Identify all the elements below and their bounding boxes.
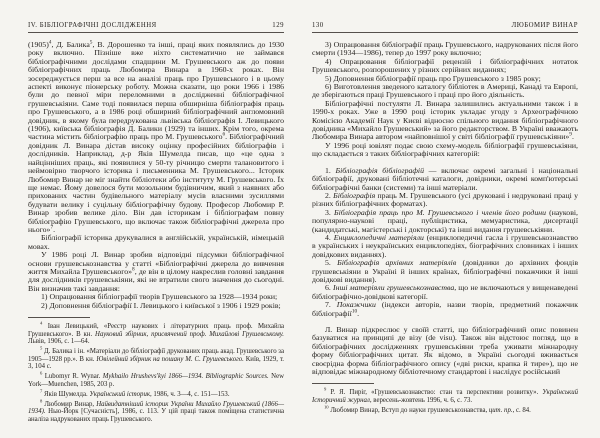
paragraph: 3. Бібліографія праць про М. Грушевськог…: [312, 209, 578, 234]
text-run: 3) Опрацювання бібліографії праць Грушев…: [312, 40, 578, 57]
text-run: цит. пр.: [489, 407, 513, 414]
text-run: Науковий збірник, присвячений проф. Миха…: [95, 331, 284, 338]
text-run: .: [357, 309, 359, 318]
text-run: Mykhailo Hrushevs'kyi 1866—1934. Bibliog…: [103, 373, 269, 380]
text-run: У 1996 році ювілят подає свою схему-моде…: [312, 141, 578, 158]
text-run: Любомир Винар, Вступ до науки грушевсько…: [330, 407, 489, 414]
footnote-separator: [28, 317, 90, 318]
footnote: 4 Іван Левицький, «Реєстр наукових і літ…: [28, 323, 284, 346]
text-run: Український історик: [89, 391, 150, 398]
footnote-number: 7: [40, 388, 42, 393]
text-run: , вересень-жовтень 1996, ч. 6, с. 73.: [370, 397, 472, 404]
page-left: IV. БІБЛІОГРАФІЧНІ ДОСЛІДЖЕННЯ 129 (1905…: [28, 22, 284, 423]
text-run: . Бібліографічний довідник Л. Винара діс…: [28, 132, 284, 233]
right-page-body: 3) Опрацювання бібліографії праць Грушев…: [312, 41, 578, 376]
footnote: 5 Д. Балика і ін. «Матеріали до бібліогр…: [28, 348, 284, 371]
paragraph: 7. Покажчики (індекси авторів, назви тво…: [312, 301, 578, 318]
text-run: Ювілейний збірник на пошану М. С. Грушев…: [96, 356, 244, 363]
text-run: 4) Опрацювання бібліографії рецензій і б…: [312, 57, 578, 74]
footnote-number: 6: [40, 371, 42, 376]
right-page-footnotes: 9 Р. Я. Пиріг, «Грушевськознавство: стан…: [312, 389, 578, 414]
text-run: Бібліографії історика друкувалися в англ…: [28, 233, 284, 250]
footnote-number: 5: [40, 346, 42, 351]
text-run: Р. Я. Пиріг, «Грушевськознавство: стан т…: [330, 389, 542, 396]
paragraph: 4. Енциклопедичні матеріяли (енциклопеди…: [312, 234, 578, 259]
paragraph: 6) Виготовлення зведеного каталогу біблі…: [312, 83, 578, 100]
paragraph: У 1996 році ювілят подає свою схему-моде…: [312, 142, 578, 159]
left-page-body: (1905)4, Д. Балика5, В. Дорошенко та інш…: [28, 41, 284, 310]
footnote-number: 10: [324, 405, 329, 410]
text-run: Яків Шумелда.: [44, 391, 89, 398]
footnote-separator: [312, 383, 374, 384]
footnote: 6 Lubomyr R. Wynar. Mykhailo Hrushevs'ky…: [28, 373, 284, 388]
text-run: Lubomyr R. Wynar.: [45, 373, 103, 380]
paragraph: 5. Бібліографія архівних матеріялів (дов…: [312, 259, 578, 284]
paragraph: 2. Бібліографія праць М. Грушевського (у…: [312, 192, 578, 209]
footnote: 10 Любомир Винар, Вступ до науки грушевс…: [312, 407, 578, 415]
page-right: 130 ЛЮБОМИР ВИНАР 3) Опрацювання бібліог…: [312, 22, 578, 414]
paragraph: У 1986 році Л. Винар зробив відповідні п…: [28, 251, 284, 293]
paragraph: 3) Опрацювання бібліографії праць Грушев…: [312, 41, 578, 58]
paragraph: Л. Винар підкреслює у своїй статті, що б…: [312, 326, 578, 376]
footnote: 7 Яків Шумелда. Український історик, 198…: [28, 391, 284, 399]
page-number: 130: [312, 22, 324, 29]
footnote-number: 8: [40, 398, 42, 403]
text-run: Львів, 1906, с. 1—64.: [28, 338, 90, 345]
text-run: Л. Винар підкреслює у своїй статті, що б…: [312, 325, 578, 376]
text-run: , с. 84.: [513, 407, 531, 414]
text-run: Любомир Винар,: [44, 401, 96, 408]
page-number: 129: [272, 22, 284, 29]
text-run: 2) Доповнення бібліографії І. Левицького…: [41, 301, 281, 310]
running-title: IV. БІБЛІОГРАФІЧНІ ДОСЛІДЖЕННЯ: [28, 22, 157, 29]
footnote: 9 Р. Я. Пиріг, «Грушевськознавство: стан…: [312, 389, 578, 404]
paragraph: 4) Опрацювання бібліографії рецензій і б…: [312, 58, 578, 75]
text-run: 6) Виготовлення зведеного каталогу біблі…: [312, 82, 578, 99]
text-run: , 1986, ч. 3—4, с. 151—153.: [150, 391, 230, 398]
footnote: 8 Любомир Винар, Найвидатніший історик У…: [28, 401, 284, 424]
paragraph: 2) Доповнення бібліографії І. Левицького…: [28, 302, 284, 310]
paragraph: 1. Бібліографія бібліографій — включає о…: [312, 167, 578, 192]
running-title: ЛЮБОМИР ВИНАР: [512, 22, 578, 29]
left-page-header: IV. БІБЛІОГРАФІЧНІ ДОСЛІДЖЕННЯ 129: [28, 22, 284, 33]
text-run: Бібліографічні постуляти Л. Винара залиш…: [312, 99, 578, 142]
text-run: Нью-Йорк [Сучасність], 1986, с. 113. У ц…: [28, 408, 284, 423]
right-page-header: 130 ЛЮБОМИР ВИНАР: [312, 22, 578, 33]
left-page-footnotes: 4 Іван Левицький, «Реєстр наукових і літ…: [28, 323, 284, 423]
footnote-number: 9: [324, 387, 326, 392]
paragraph: (1905)4, Д. Балика5, В. Дорошенко та інш…: [28, 41, 284, 234]
footnote-number: 4: [40, 321, 42, 326]
paragraph: 6. Інші матеріяли грушевськознавства, що…: [312, 284, 578, 301]
paragraph: Бібліографічні постуляти Л. Винара залиш…: [312, 100, 578, 142]
paragraph: Бібліографії історика друкувалися в англ…: [28, 234, 284, 251]
text-run: , В. Дорошенко та інші, праці яких появл…: [28, 40, 284, 141]
